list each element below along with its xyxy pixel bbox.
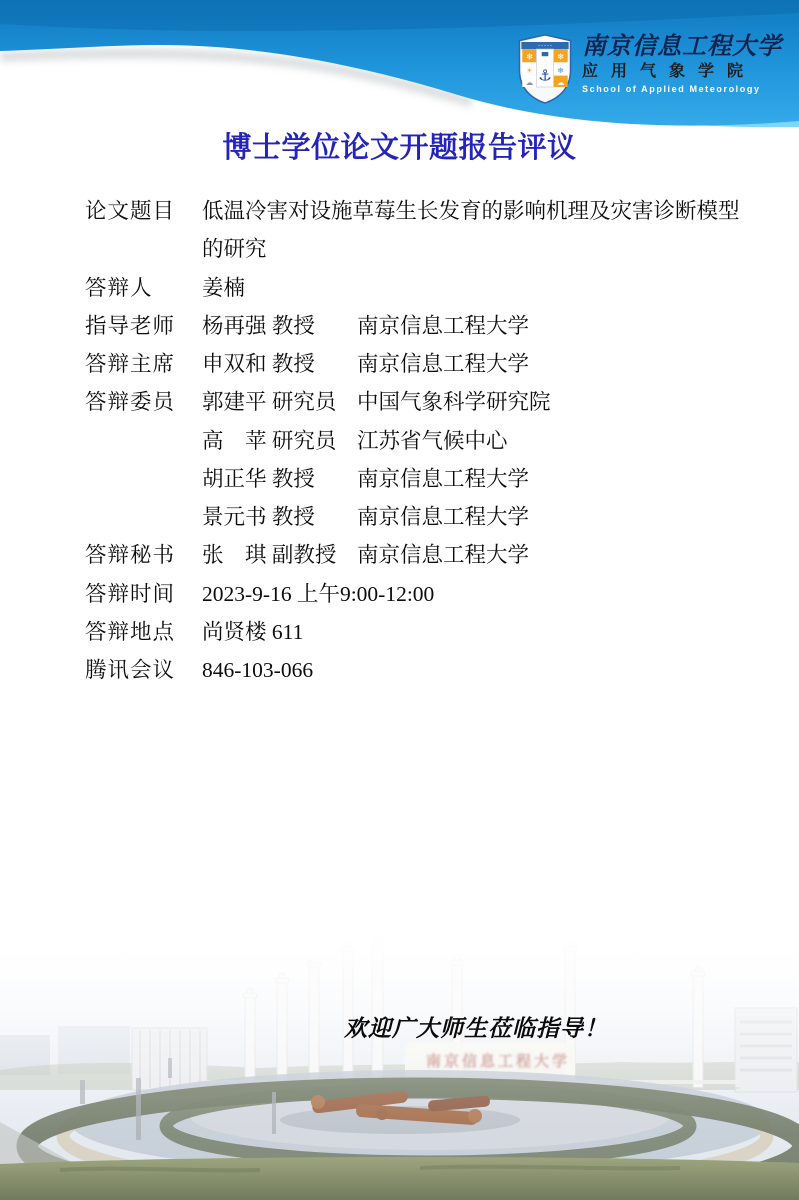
row-value: 的研究: [202, 237, 357, 261]
row-org: 南京信息工程大学: [357, 314, 765, 338]
table-row-committee-1: 答辩委员 郭建平 研究员 中国气象科学研究院: [85, 390, 765, 428]
gate-sign-text: 南京信息工程大学: [418, 1050, 578, 1071]
poster-page: ·········· ❄ ❄ ☀ ❄ ☁ ☁ ⚓ 南京信息工程大: [0, 0, 799, 1200]
row-value: 低温冷害对设施草莓生长发育的影响机理及灾害诊断模型: [202, 199, 740, 223]
row-label: 答辩主席: [85, 352, 202, 376]
row-label: 答辩秘书: [85, 543, 202, 567]
row-label: 答辩时间: [85, 582, 202, 606]
sun-icon: ☀: [526, 66, 533, 75]
row-value: 景元书 教授: [202, 505, 357, 529]
college-name: 应用气象学院: [582, 62, 782, 82]
row-org: 南京信息工程大学: [357, 467, 765, 491]
row-label: 指导老师: [85, 314, 202, 338]
table-row-location: 答辩地点 尚贤楼 611: [85, 620, 765, 658]
row-org: 江苏省气候中心: [357, 429, 765, 453]
campus-scene-graphic: [0, 930, 799, 1200]
anchor-icon: ⚓: [538, 66, 552, 84]
row-value: 尚贤楼 611: [202, 620, 357, 644]
defense-info-table: 论文题目 低温冷害对设施草莓生长发育的影响机理及灾害诊断模型 的研究 答辩人 姜…: [85, 199, 765, 696]
row-label: 答辩人: [85, 276, 202, 300]
welcome-text: 欢迎广大师生莅临指导！: [344, 1010, 608, 1043]
table-row-meeting-id: 腾讯会议 846-103-066: [85, 658, 765, 696]
row-value: 胡正华 教授: [202, 467, 357, 491]
table-row-time: 答辩时间 2023-9-16 上午9:00-12:00: [85, 582, 765, 620]
table-row-thesis-title: 论文题目 低温冷害对设施草莓生长发育的影响机理及灾害诊断模型: [85, 199, 765, 237]
table-row-committee-4: 景元书 教授 南京信息工程大学: [85, 505, 765, 543]
snowflake-icon: ❄: [557, 53, 564, 63]
row-org: 中国气象科学研究院: [357, 390, 765, 414]
table-row-committee-2: 高 苹 研究员 江苏省气候中心: [85, 429, 765, 467]
row-label: 腾讯会议: [85, 658, 202, 682]
snowflake-icon: ❄: [557, 66, 563, 75]
row-value: 申双和 教授: [202, 352, 357, 376]
row-label: 论文题目: [85, 199, 202, 223]
row-value: 2023-9-16 上午9:00-12:00: [202, 582, 434, 606]
row-value: 姜楠: [202, 276, 357, 300]
row-org: 南京信息工程大学: [357, 505, 765, 529]
row-value: 张 琪 副教授: [202, 543, 357, 567]
svg-text:··········: ··········: [538, 44, 553, 49]
cloud-icon: ☁: [557, 78, 565, 87]
table-row-committee-3: 胡正华 教授 南京信息工程大学: [85, 467, 765, 505]
table-row-chair: 答辩主席 申双和 教授 南京信息工程大学: [85, 352, 765, 390]
row-value: 郭建平 研究员: [202, 390, 357, 414]
row-value: 846-103-066: [202, 658, 357, 682]
campus-photo: 南京信息工程大学 欢迎广大师生莅临指导！: [0, 930, 799, 1200]
shield-crest-icon: ·········· ❄ ❄ ☀ ❄ ☁ ☁ ⚓: [516, 34, 574, 104]
header-banner: ·········· ❄ ❄ ☀ ❄ ☁ ☁ ⚓ 南京信息工程大: [0, 0, 799, 132]
table-row-advisor: 指导老师 杨再强 教授 南京信息工程大学: [85, 314, 765, 352]
university-name-calligraphy: 南京信息工程大学: [582, 34, 782, 61]
row-value: 高 苹 研究员: [202, 429, 357, 453]
row-label: 答辩地点: [85, 620, 202, 644]
table-row-secretary: 答辩秘书 张 琪 副教授 南京信息工程大学: [85, 543, 765, 581]
snowflake-icon: ❄: [526, 53, 533, 63]
page-title: 博士学位论文开题报告评议: [0, 131, 799, 165]
cloud-icon: ☁: [526, 78, 534, 87]
wood-sculpture: [280, 1090, 520, 1134]
table-row-candidate: 答辩人 姜楠: [85, 276, 765, 314]
row-value: 杨再强 教授: [202, 314, 357, 338]
row-org: 南京信息工程大学: [357, 543, 765, 567]
row-org: 南京信息工程大学: [357, 352, 765, 376]
college-name-english: School of Applied Meteorology: [582, 84, 782, 94]
table-row-thesis-title-2: 的研究: [85, 237, 765, 275]
grass: [0, 1157, 799, 1200]
row-label: 答辩委员: [85, 390, 202, 414]
logo-text-block: 南京信息工程大学 应用气象学院 School of Applied Meteor…: [582, 34, 782, 106]
university-logo: ·········· ❄ ❄ ☀ ❄ ☁ ☁ ⚓ 南京信息工程大: [516, 34, 786, 106]
